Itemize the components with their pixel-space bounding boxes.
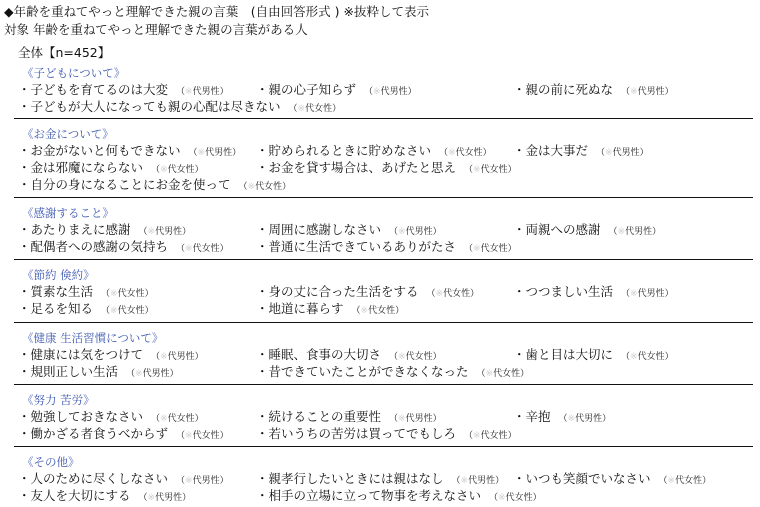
list-item: ・人のために尽くしなさい（※代男性）: [18, 471, 229, 489]
section-divider: [14, 197, 753, 198]
respondent-tag: （※代男性）: [621, 87, 674, 97]
list-item: ・健康には気をつけて（※代男性）: [18, 347, 204, 365]
respondent-tag: （※代男性）: [596, 148, 649, 158]
list-item: ・つつましい生活（※代男性）: [513, 284, 674, 302]
list-item: ・あたりまえに感謝（※代男性）: [18, 222, 191, 240]
list-item: ・配偶者への感謝の気持ち（※代女性）: [18, 239, 229, 257]
respondent-tag: （※代男性）: [151, 352, 204, 362]
sample-size-label: 全体【n=452】: [18, 45, 110, 61]
page-subtitle: 対象 年齢を重ねてやっと理解できた親の言葉がある人: [4, 22, 308, 38]
list-item: ・親の心子知らず（※代男性）: [256, 82, 417, 100]
respondent-tag: （※代女性）: [176, 431, 229, 441]
list-item: ・睡眠、食事の大切さ（※代女性）: [256, 347, 442, 365]
respondent-tag: （※代男性）: [364, 87, 417, 97]
category-heading: 《子どもについて》: [22, 66, 125, 80]
list-item: ・自分の身になることにお金を使って（※代女性）: [18, 177, 291, 195]
list-item: ・友人を大切にする（※代男性）: [18, 488, 191, 506]
respondent-tag: （※代女性）: [151, 165, 204, 175]
list-item: ・勉強しておきなさい（※代女性）: [18, 409, 204, 427]
list-item: ・普通に生活できているありがたさ（※代女性）: [256, 239, 517, 257]
section-divider: [14, 259, 753, 260]
respondent-tag: （※代女性）: [176, 244, 229, 254]
list-item: ・貯められるときに貯めなさい（※代女性）: [256, 143, 492, 161]
category-heading: 《感謝すること》: [22, 206, 114, 220]
list-item: ・働かざる者食うべからず（※代女性）: [18, 426, 229, 444]
section-divider: [14, 446, 753, 447]
list-item: ・金は邪魔にならない（※代女性）: [18, 160, 204, 178]
list-item: ・相手の立場に立って物事を考えなさい（※代女性）: [256, 488, 542, 506]
list-item: ・周囲に感謝しなさい（※代男性）: [256, 222, 442, 240]
category-heading: 《節約 倹約》: [22, 268, 95, 282]
respondent-tag: （※代女性）: [439, 148, 492, 158]
category-heading: 《その他》: [22, 455, 80, 469]
respondent-tag: （※代男性）: [139, 227, 192, 237]
category-heading: 《健康 生活習慣について》: [22, 331, 163, 345]
category-heading: 《努力 苦労》: [22, 393, 95, 407]
section-divider: [14, 118, 753, 119]
respondent-tag: （※代女性）: [289, 104, 342, 114]
list-item: ・金は大事だ（※代男性）: [513, 143, 649, 161]
respondent-tag: （※代男性）: [559, 414, 612, 424]
respondent-tag: （※代男性）: [176, 87, 229, 97]
section-divider: [14, 322, 753, 323]
list-item: ・お金がないと何もできない（※代男性）: [18, 143, 241, 161]
list-item: ・若いうちの苦労は買ってでもしろ（※代女性）: [256, 426, 517, 444]
respondent-tag: （※代男性）: [389, 414, 442, 424]
list-item: ・子どもが大人になっても親の心配は尽きない（※代女性）: [18, 99, 341, 117]
respondent-tag: （※代女性）: [352, 306, 405, 316]
respondent-tag: （※代女性）: [489, 493, 542, 503]
respondent-tag: （※代女性）: [464, 431, 517, 441]
list-item: ・続けることの重要性（※代男性）: [256, 409, 442, 427]
list-item: ・身の丈に合った生活をする（※代女性）: [256, 284, 479, 302]
respondent-tag: （※代男性）: [452, 476, 505, 486]
list-item: ・両親への感謝（※代男性）: [513, 222, 661, 240]
respondent-tag: （※代女性）: [659, 476, 712, 486]
list-item: ・質素な生活（※代女性）: [18, 284, 154, 302]
list-item: ・地道に暮らす（※代女性）: [256, 301, 404, 319]
page-title: ◆年齢を重ねてやっと理解できた親の言葉 (自由回答形式 ) ※抜粋して表示: [4, 4, 429, 20]
list-item: ・お金を貸す場合は、あげたと思え（※代女性）: [256, 160, 517, 178]
list-item: ・規則正しい生活（※代男性）: [18, 364, 179, 382]
respondent-tag: （※代男性）: [189, 148, 242, 158]
category-heading: 《お金について》: [22, 127, 114, 141]
respondent-tag: （※代女性）: [477, 369, 530, 379]
respondent-tag: （※代女性）: [101, 289, 154, 299]
respondent-tag: （※代女性）: [464, 244, 517, 254]
respondent-tag: （※代女性）: [239, 182, 292, 192]
list-item: ・親の前に死ぬな（※代男性）: [513, 82, 674, 100]
list-item: ・親孝行したいときには親はなし（※代男性）: [256, 471, 504, 489]
respondent-tag: （※代男性）: [126, 369, 179, 379]
section-divider: [14, 384, 753, 385]
list-item: ・子どもを育てるのは大変（※代男性）: [18, 82, 229, 100]
respondent-tag: （※代女性）: [151, 414, 204, 424]
respondent-tag: （※代男性）: [176, 476, 229, 486]
respondent-tag: （※代男性）: [621, 289, 674, 299]
respondent-tag: （※代女性）: [621, 352, 674, 362]
respondent-tag: （※代女性）: [427, 289, 480, 299]
respondent-tag: （※代女性）: [389, 352, 442, 362]
respondent-tag: （※代女性）: [101, 306, 154, 316]
respondent-tag: （※代男性）: [389, 227, 442, 237]
list-item: ・歯と目は大切に（※代女性）: [513, 347, 674, 365]
list-item: ・昔できていたことができなくなった（※代女性）: [256, 364, 529, 382]
list-item: ・いつも笑顔でいなさい（※代女性）: [513, 471, 711, 489]
respondent-tag: （※代女性）: [464, 165, 517, 175]
list-item: ・辛抱（※代男性）: [513, 409, 611, 427]
list-item: ・足るを知る（※代女性）: [18, 301, 154, 319]
respondent-tag: （※代男性）: [139, 493, 192, 503]
respondent-tag: （※代男性）: [609, 227, 662, 237]
